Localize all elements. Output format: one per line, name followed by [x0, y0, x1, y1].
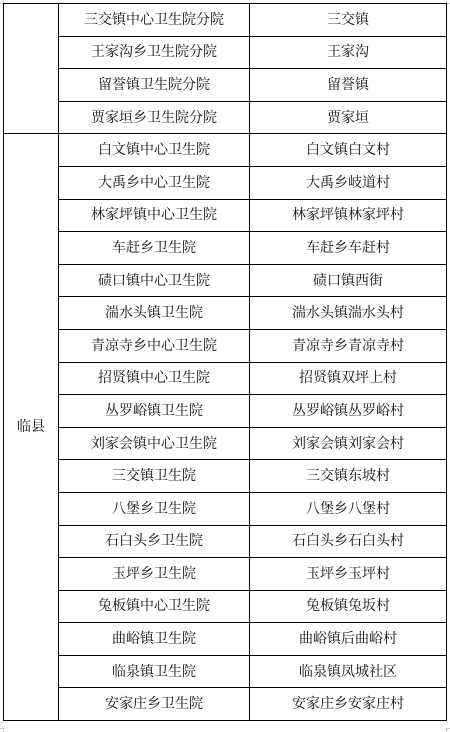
clinic-name-cell: 三交镇中心卫生院分院 — [59, 4, 250, 37]
clinic-address-cell: 大禹乡岐道村 — [250, 166, 447, 199]
table-row: 三交镇中心卫生院分院 三交镇 — [4, 4, 447, 37]
clinic-name-cell: 留誉镇卫生院分院 — [59, 69, 250, 102]
clinic-address-cell: 安家庄乡安家庄村 — [250, 688, 447, 721]
clinic-address-cell: 招贤镇双坪上村 — [250, 362, 447, 395]
clinic-name-cell: 车赶乡卫生院 — [59, 232, 250, 265]
table-row: 王家沟乡卫生院分院 王家沟 — [4, 36, 447, 69]
clinic-address-cell: 车赶乡车赶村 — [250, 232, 447, 265]
clinic-name-cell: 安家庄乡卫生院 — [59, 688, 250, 721]
page-corner-mark — [446, 728, 450, 732]
page-corner-mark — [0, 728, 4, 732]
clinic-name-cell: 石白头乡卫生院 — [59, 525, 250, 558]
table-row: 青凉寺乡中心卫生院青凉寺乡青凉寺村 — [4, 329, 447, 362]
clinic-address-cell: 贾家垣 — [250, 101, 447, 134]
clinic-address-cell: 玉坪乡玉坪村 — [250, 558, 447, 591]
table-row: 贾家垣乡卫生院分院 贾家垣 — [4, 101, 447, 134]
clinic-name-cell: 招贤镇中心卫生院 — [59, 362, 250, 395]
clinic-address-cell: 湍水头镇湍水头村 — [250, 297, 447, 330]
clinic-address-cell: 碛口镇西街 — [250, 264, 447, 297]
table-row: 招贤镇中心卫生院招贤镇双坪上村 — [4, 362, 447, 395]
clinic-name-cell: 八堡乡卫生院 — [59, 492, 250, 525]
clinic-address-cell: 八堡乡八堡村 — [250, 492, 447, 525]
table-row: 丛罗峪镇卫生院丛罗峪镇丛罗峪村 — [4, 395, 447, 428]
table-row: 大禹乡中心卫生院大禹乡岐道村 — [4, 166, 447, 199]
clinic-name-cell: 湍水头镇卫生院 — [59, 297, 250, 330]
clinic-name-cell: 碛口镇中心卫生院 — [59, 264, 250, 297]
clinic-address-cell: 留誉镇 — [250, 69, 447, 102]
clinic-name-cell: 贾家垣乡卫生院分院 — [59, 101, 250, 134]
clinic-address-cell: 石白头乡石白头村 — [250, 525, 447, 558]
clinic-name-cell: 刘家会镇中心卫生院 — [59, 427, 250, 460]
county-cell: 临县 — [4, 134, 59, 721]
clinic-name-cell: 临泉镇卫生院 — [59, 655, 250, 688]
health-center-table: 三交镇中心卫生院分院 三交镇 王家沟乡卫生院分院 王家沟 留誉镇卫生院分院 留誉… — [3, 3, 447, 721]
table-row: 临县 白文镇中心卫生院 白文镇白文村 — [4, 134, 447, 167]
clinic-name-cell: 三交镇卫生院 — [59, 460, 250, 493]
clinic-name-cell: 青凉寺乡中心卫生院 — [59, 329, 250, 362]
table-row: 石白头乡卫生院石白头乡石白头村 — [4, 525, 447, 558]
table-row: 曲峪镇卫生院曲峪镇后曲峪村 — [4, 623, 447, 656]
clinic-name-cell: 王家沟乡卫生院分院 — [59, 36, 250, 69]
table-row: 八堡乡卫生院八堡乡八堡村 — [4, 492, 447, 525]
clinic-address-cell: 青凉寺乡青凉寺村 — [250, 329, 447, 362]
clinic-name-cell: 兔板镇中心卫生院 — [59, 590, 250, 623]
clinic-address-cell: 刘家会镇刘家会村 — [250, 427, 447, 460]
table-row: 留誉镇卫生院分院 留誉镇 — [4, 69, 447, 102]
clinic-address-cell: 丛罗峪镇丛罗峪村 — [250, 395, 447, 428]
clinic-name-cell: 林家坪镇中心卫生院 — [59, 199, 250, 232]
clinic-name-cell: 玉坪乡卫生院 — [59, 558, 250, 591]
clinic-name-cell: 曲峪镇卫生院 — [59, 623, 250, 656]
table-row: 兔板镇中心卫生院兔板镇兔坂村 — [4, 590, 447, 623]
clinic-address-cell: 临泉镇凤城社区 — [250, 655, 447, 688]
table-row: 安家庄乡卫生院安家庄乡安家庄村 — [4, 688, 447, 721]
clinic-address-cell: 兔板镇兔坂村 — [250, 590, 447, 623]
table-row: 玉坪乡卫生院玉坪乡玉坪村 — [4, 558, 447, 591]
clinic-address-cell: 三交镇 — [250, 4, 447, 37]
table-row: 湍水头镇卫生院湍水头镇湍水头村 — [4, 297, 447, 330]
county-cell — [4, 4, 59, 134]
clinic-name-cell: 大禹乡中心卫生院 — [59, 166, 250, 199]
clinic-address-cell: 白文镇白文村 — [250, 134, 447, 167]
clinic-name-cell: 丛罗峪镇卫生院 — [59, 395, 250, 428]
table-row: 碛口镇中心卫生院碛口镇西街 — [4, 264, 447, 297]
clinic-address-cell: 三交镇东坡村 — [250, 460, 447, 493]
table-row: 林家坪镇中心卫生院林家坪镇林家坪村 — [4, 199, 447, 232]
table-row: 三交镇卫生院三交镇东坡村 — [4, 460, 447, 493]
table-row: 刘家会镇中心卫生院刘家会镇刘家会村 — [4, 427, 447, 460]
clinic-address-cell: 曲峪镇后曲峪村 — [250, 623, 447, 656]
table-row: 临泉镇卫生院临泉镇凤城社区 — [4, 655, 447, 688]
table-row: 车赶乡卫生院车赶乡车赶村 — [4, 232, 447, 265]
clinic-address-cell: 林家坪镇林家坪村 — [250, 199, 447, 232]
clinic-name-cell: 白文镇中心卫生院 — [59, 134, 250, 167]
clinic-address-cell: 王家沟 — [250, 36, 447, 69]
